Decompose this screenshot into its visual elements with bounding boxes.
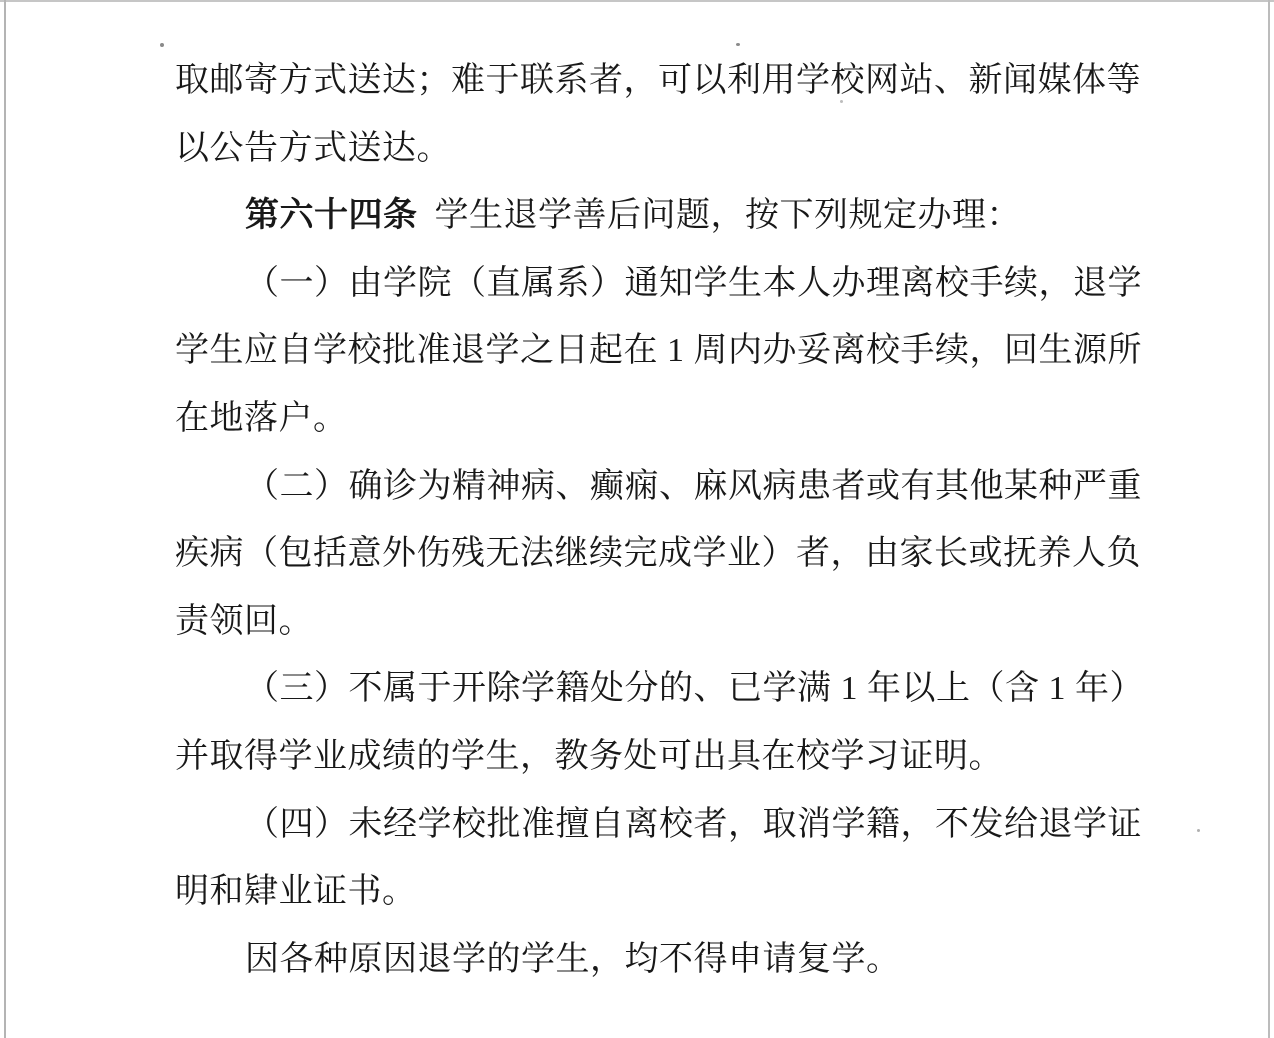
clause-1-line: （一）由学院（直属系）通知学生本人办理离校手续，退学 [175,250,1135,318]
text-line: 疾病（包括意外伤残无法继续完成学业）者，由家长或抚养人负 [175,520,1135,588]
text-line: 取邮寄方式送达；难于联系者，可以利用学校网站、新闻媒体等 [175,47,1135,115]
text-line: 并取得学业成绩的学生，教务处可出具在校学习证明。 [175,723,1135,791]
text-line: 责领回。 [175,588,1135,656]
scan-edge-left [4,0,6,1038]
article-number: 第六十四条 [245,197,418,234]
document-body: 取邮寄方式送达；难于联系者，可以利用学校网站、新闻媒体等 以公告方式送达。 第六… [175,47,1135,993]
scan-edge-top [0,0,1274,2]
text-line: 在地落户。 [175,385,1135,453]
text-line: 学生应自学校批准退学之日起在 1 周内办妥离校手续，回生源所 [175,317,1135,385]
clause-3-line: （三）不属于开除学籍处分的、已学满 1 年以上（含 1 年） [175,655,1135,723]
scan-edge-right [1268,0,1270,1038]
article-heading-line: 第六十四条学生退学善后问题，按下列规定办理： [175,182,1135,250]
scan-speck [1197,829,1200,832]
article-title: 学生退学善后问题，按下列规定办理： [435,197,1022,234]
text-line: 以公告方式送达。 [175,115,1135,183]
clause-2-line: （二）确诊为精神病、癫痫、麻风病患者或有其他某种严重 [175,453,1135,521]
scan-speck [736,43,740,46]
scanned-document-page: 取邮寄方式送达；难于联系者，可以利用学校网站、新闻媒体等 以公告方式送达。 第六… [0,0,1274,1038]
text-line: 明和肄业证书。 [175,858,1135,926]
scan-speck [160,43,164,47]
clause-4-line: （四）未经学校批准擅自离校者，取消学籍，不发给退学证 [175,791,1135,859]
closing-line: 因各种原因退学的学生，均不得申请复学。 [175,926,1135,994]
